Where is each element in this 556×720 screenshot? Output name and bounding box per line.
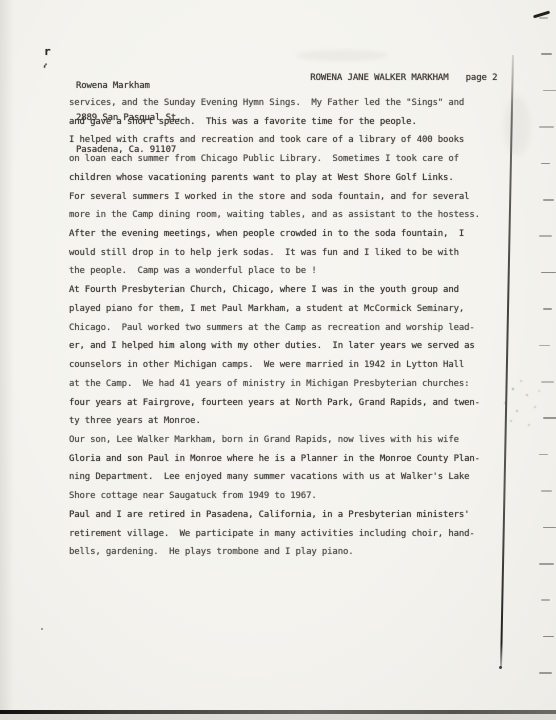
scan-smudge [504,96,530,156]
binding-mark [539,126,554,128]
paper-edge-shadow [0,0,14,720]
scan-bottom-strip [0,714,556,720]
document-line: ning Department. Lee enjoyed many summer… [69,468,509,487]
binding-mark [543,527,556,529]
document-line: Our son, Lee Walker Markham, born in Gra… [69,431,509,450]
binding-mark [539,235,552,237]
binding-mark [541,490,552,492]
binding-mark [541,599,550,601]
scan-speckles [512,388,514,390]
document-line: For several summers I worked in the stor… [69,188,509,207]
document-line: counselors in other Michigan camps. We w… [69,356,509,375]
document-line: on loan each summer from Chicago Public … [69,150,509,169]
binding-mark [539,345,550,347]
document-line: I helped with crafts and recreation and … [69,131,509,150]
page-header: ROWENA JANE WALKER MARKHAMpage 2 [289,63,497,93]
margin-mark: ' [40,63,48,75]
document-line: the people. Camp was a wonderful place t… [69,262,509,281]
binding-mark [541,163,550,165]
binding-mark [541,381,554,383]
binding-mark [539,454,548,456]
document-line: bells, gardening. He plays trombone and … [69,543,509,562]
binding-mark [541,272,556,274]
scan-smudge [296,50,388,61]
document-body: services, and the Sunday Evening Hymn Si… [69,94,509,562]
binding-mark [541,53,552,55]
document-line: retirement village. We participate in ma… [69,525,509,544]
binding-mark [543,90,556,92]
scanned-document-page: r . ' Rowena Markham 2889 San Pasqual St… [0,0,556,720]
document-line: Chicago. Paul worked two summers at the … [69,319,509,338]
document-line: played piano for them, I met Paul Markha… [69,300,509,319]
document-line: and gave a short speech. This was a favo… [69,113,509,132]
document-line: four years at Fairgrove, fourteen years … [69,394,509,413]
page-number: page 2 [466,73,498,83]
document-line: at the Camp. We had 41 years of ministry… [69,375,509,394]
binding-mark [543,199,554,201]
document-line: services, and the Sunday Evening Hymn Si… [69,94,509,113]
header-title: ROWENA JANE WALKER MARKHAM [310,73,448,83]
scan-speck [41,628,43,630]
binding-mark [539,17,548,19]
document-line: ty three years at Monroe. [69,412,509,431]
document-line: At Fourth Presbyterian Church, Chicago, … [69,281,509,300]
binding-mark [543,308,552,310]
binding-mark [543,417,556,419]
document-line: more in the Camp dining room, waiting ta… [69,206,509,225]
document-line: children whose vacationing parents want … [69,169,509,188]
paper-crease-end [499,666,502,669]
binding-mark [539,672,552,674]
document-line: Paul and I are retired in Pasadena, Cali… [69,506,509,525]
document-line: er, and I helped him along with my other… [69,337,509,356]
document-line: Gloria and son Paul in Monroe where he i… [69,450,509,469]
document-line: Shore cottage near Saugatuck from 1949 t… [69,487,509,506]
sender-name: Rowena Markham [76,81,181,92]
binding-mark [539,563,554,565]
binding-mark [543,636,554,638]
document-line: After the evening meetings, when people … [69,225,509,244]
document-line: would still drop in to help jerk sodas. … [69,244,509,263]
